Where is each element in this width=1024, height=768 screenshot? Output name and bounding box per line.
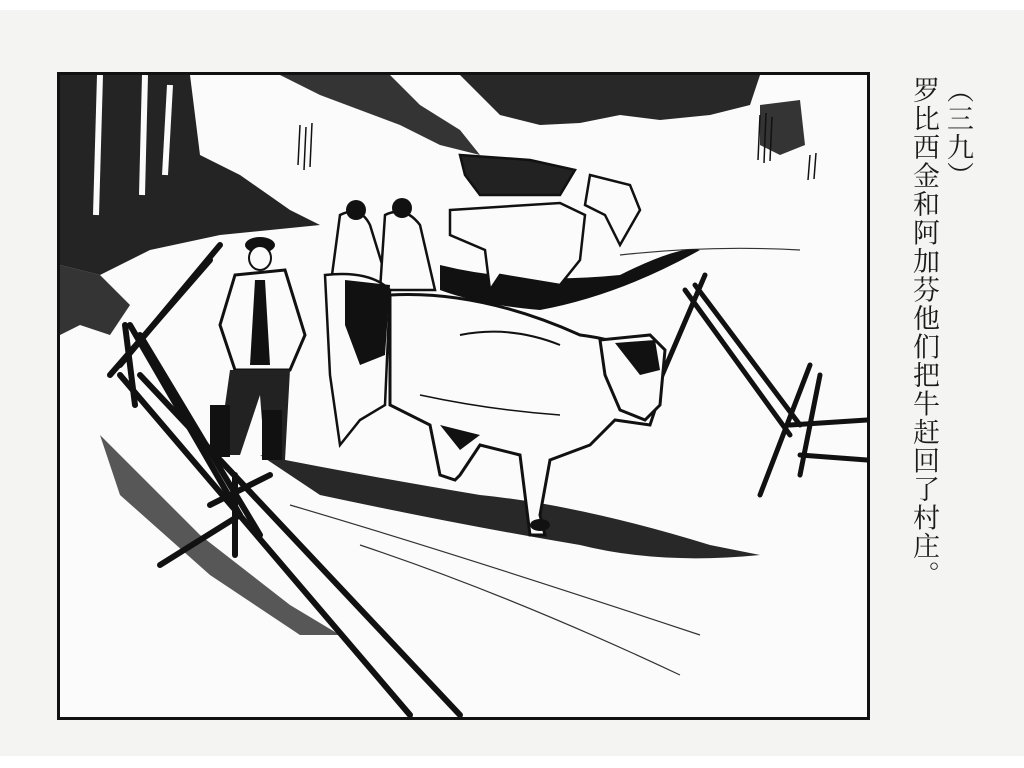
comic-page: （三九） 罗比西金和阿加芬他们把牛赶回了村庄。 bbox=[0, 10, 1024, 756]
split-rail-fence-right bbox=[660, 275, 867, 495]
panel-number: （三九） bbox=[940, 76, 974, 575]
man-with-cap bbox=[210, 237, 305, 460]
illustration-drawing bbox=[60, 75, 867, 717]
caption-text: 罗比西金和阿加芬他们把牛赶回了村庄。 bbox=[908, 76, 939, 589]
dark-calf bbox=[325, 274, 390, 445]
caption: （三九） 罗比西金和阿加芬他们把牛赶回了村庄。 bbox=[906, 76, 974, 589]
herd-of-cows bbox=[450, 155, 640, 290]
illustration-panel bbox=[57, 72, 870, 720]
